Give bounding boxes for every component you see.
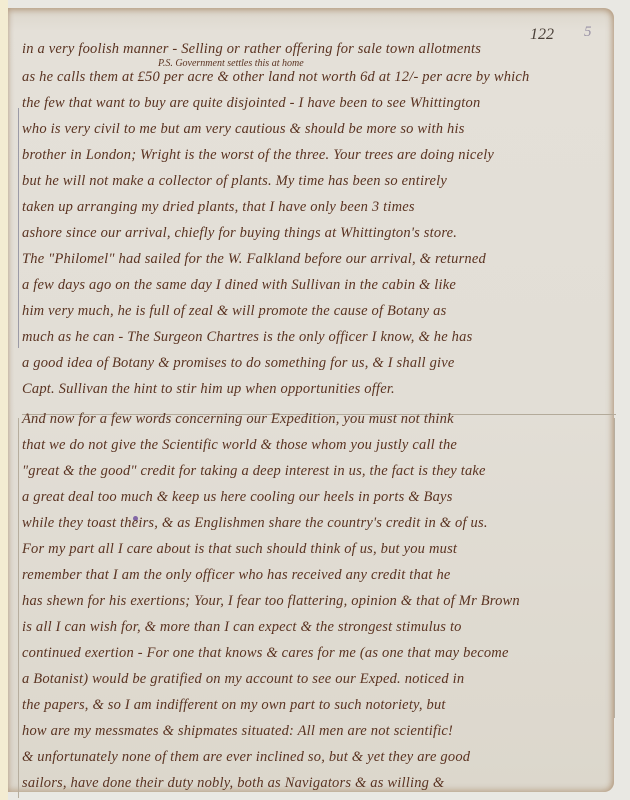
box-right-rule <box>614 418 615 718</box>
text-line: The "Philomel" had sailed for the W. Fal… <box>22 251 614 268</box>
text-line: is all I can wish for, & more than I can… <box>22 619 614 636</box>
text-line: has shewn for his exertions; Your, I fea… <box>22 593 614 610</box>
text-line: sailors, have done their duty nobly, bot… <box>22 775 614 792</box>
scan-edge-strip <box>0 0 8 800</box>
text-line: brother in London; Wright is the worst o… <box>22 147 614 164</box>
text-line: a good idea of Botany & promises to do s… <box>22 355 614 372</box>
text-line: continued exertion - For one that knows … <box>22 645 614 662</box>
text-line: remember that I am the only officer who … <box>22 567 614 584</box>
text-line: him very much, he is full of zeal & will… <box>22 303 614 320</box>
box-left-rule <box>18 418 19 798</box>
manuscript-page: 122 5 P.S. Government settles this at ho… <box>8 8 614 792</box>
text-line: & unfortunately none of them are ever in… <box>22 749 614 766</box>
pencil-page-number: 5 <box>584 24 592 41</box>
text-line: who is very civil to me but am very caut… <box>22 121 614 138</box>
text-line: but he will not make a collector of plan… <box>22 173 614 190</box>
text-line: a Botanist) would be gratified on my acc… <box>22 671 614 688</box>
text-line: a few days ago on the same day I dined w… <box>22 277 614 294</box>
interlinear-note: P.S. Government settles this at home <box>158 58 304 69</box>
text-line: For my part all I care about is that suc… <box>22 541 614 558</box>
text-line: Capt. Sullivan the hint to stir him up w… <box>22 381 614 398</box>
text-line: a great deal too much & keep us here coo… <box>22 489 614 506</box>
text-line: that we do not give the Scientific world… <box>22 437 614 454</box>
text-line: taken up arranging my dried plants, that… <box>22 199 614 216</box>
text-line: the few that want to buy are quite disjo… <box>22 95 614 112</box>
text-line: "great & the good" credit for taking a d… <box>22 463 614 480</box>
text-line: much as he can - The Surgeon Chartres is… <box>22 329 614 346</box>
margin-rule <box>18 108 19 348</box>
text-line: how are my messmates & shipmates situate… <box>22 723 614 740</box>
text-line: while they toast theirs, & as Englishmen… <box>22 515 614 532</box>
text-line: ashore since our arrival, chiefly for bu… <box>22 225 614 242</box>
text-line: And now for a few words concerning our E… <box>22 411 614 428</box>
text-line: as he calls them at £50 per acre & other… <box>22 69 614 86</box>
text-line: in a very foolish manner - Selling or ra… <box>22 41 614 58</box>
text-line: the papers, & so I am indifferent on my … <box>22 697 614 714</box>
